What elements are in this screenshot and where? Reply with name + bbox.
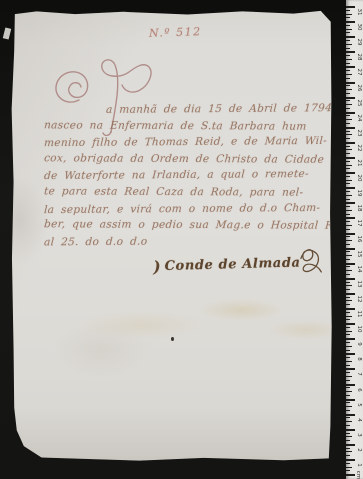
ruler-tick [346, 448, 350, 449]
ruler-tick [346, 210, 352, 211]
ruler-tick [346, 300, 352, 301]
ruler-tick [346, 319, 350, 320]
ruler-tick [346, 176, 350, 177]
ruler-tick [346, 93, 350, 94]
ruler-number: 19 [356, 189, 362, 197]
ruler-tick [346, 361, 352, 362]
ruler-tick [346, 312, 350, 313]
ruler-tick [346, 474, 355, 476]
ruler-tick [346, 32, 350, 33]
ruler-number: 24 [356, 114, 362, 122]
ruler-tick [346, 346, 352, 347]
ruler-tick [346, 165, 352, 166]
ruler-tick [346, 157, 355, 159]
paper-edge-chip [3, 27, 11, 39]
ruler-tick [346, 376, 352, 377]
ruler-tick [346, 191, 350, 192]
ruler-tick [346, 199, 350, 200]
ruler-tick [346, 440, 350, 441]
ruler-tick [346, 259, 350, 260]
ruler-tick [346, 414, 355, 416]
ruler-tick [346, 221, 350, 222]
ruler-tick [346, 183, 350, 184]
ruler-tick [346, 334, 350, 335]
ruler-tick [346, 270, 352, 271]
ruler-tick [346, 6, 355, 8]
ruler-tick [346, 78, 350, 79]
ruler-number: 6 [356, 386, 362, 394]
ruler-number: 7 [356, 370, 362, 378]
ruler-tick [346, 142, 355, 144]
ruler-tick [346, 372, 350, 373]
ruler-tick [346, 368, 355, 370]
ruler-tick [346, 63, 350, 64]
ruler-tick [346, 384, 355, 386]
ruler-number: 16 [356, 235, 362, 243]
ruler-tick [346, 266, 350, 267]
ink-dot [171, 337, 174, 341]
ruler-tick [346, 70, 350, 71]
ruler-number: 2 [356, 446, 362, 454]
ruler-tick [346, 391, 352, 392]
ruler-tick [346, 387, 350, 388]
ruler-tick [346, 97, 355, 99]
ruler-tick [346, 255, 352, 256]
ruler-tick [346, 225, 352, 226]
ruler-tick [346, 123, 350, 124]
ruler-tick [346, 85, 350, 86]
ruler-tick [346, 180, 352, 181]
ruler-number: 20 [356, 174, 362, 182]
ruler-tick [346, 40, 350, 41]
ruler-tick [346, 455, 350, 456]
ruler-tick [346, 289, 350, 290]
ruler-number: 30 [356, 23, 362, 31]
document-scan: N.º 512 a manhã de dia 15 de Abril de 17… [0, 0, 363, 479]
ruler-tick [346, 134, 352, 135]
ruler-number: 15 [356, 250, 362, 258]
ruler-tick [346, 100, 350, 101]
ruler-tick [346, 214, 350, 215]
ruler-tick [346, 331, 352, 332]
ruler-tick [346, 233, 355, 235]
ruler-number: 8 [356, 355, 362, 363]
ruler-number: 23 [356, 129, 362, 137]
ruler-number: 13 [356, 280, 362, 288]
ruler-tick [346, 297, 350, 298]
manuscript-line: te para esta Real Caza da Roda, para nel… [44, 185, 304, 199]
ruler-number: 5 [356, 401, 362, 409]
signature-prefix: ) [153, 257, 161, 276]
ruler-tick [346, 425, 350, 426]
signature: )Conde de Almada [153, 246, 331, 281]
ruler: cm 3130292827262524232221201918171615141… [346, 0, 363, 479]
manuscript-line: al 25. do d.o d.o [44, 235, 148, 249]
ruler-tick [346, 108, 350, 109]
ruler-tick [346, 14, 352, 15]
ruler-number: 25 [356, 99, 362, 107]
ruler-number: 22 [356, 144, 362, 152]
ruler-tick [346, 244, 350, 245]
ruler-tick [346, 195, 352, 196]
ruler-tick [346, 74, 352, 75]
ruler-number: 3 [356, 431, 362, 439]
ruler-tick [346, 463, 350, 464]
ruler-number: 29 [356, 38, 362, 46]
ruler-tick [346, 202, 355, 204]
ruler-tick [346, 149, 352, 150]
ruler-tick [346, 323, 355, 325]
manuscript-lines: a manhã de dia 15 de Abril de 1794nasceo… [11, 10, 332, 462]
ruler-tick [346, 417, 350, 418]
ruler-number: 14 [356, 265, 362, 273]
ruler-number: 18 [356, 204, 362, 212]
ruler-number: 10 [356, 325, 362, 333]
ruler-tick [346, 146, 350, 147]
manuscript-line: la sepultar, e virá com o nome do d.o Ch… [44, 202, 321, 217]
ruler-tick [346, 48, 350, 49]
ruler-tick [346, 153, 350, 154]
manuscript-line: de Waterforte na Irlandia, a qual o reme… [44, 168, 310, 183]
ruler-tick [346, 263, 355, 265]
ruler-tick [346, 25, 350, 26]
ruler-tick [346, 187, 355, 189]
ruler-tick [346, 119, 352, 120]
ruler-tick [346, 304, 350, 305]
ruler-tick [346, 285, 352, 286]
ruler-tick [346, 380, 350, 381]
ruler-tick [346, 350, 350, 351]
ruler-tick [346, 467, 352, 468]
ruler-number: 12 [356, 295, 362, 303]
ruler-number: 21 [356, 159, 362, 167]
ruler-number: 26 [356, 84, 362, 92]
ruler-tick [346, 115, 350, 116]
ruler-tick [346, 282, 350, 283]
ruler-tick [346, 410, 350, 411]
ruler-tick [346, 251, 350, 252]
ruler-tick [346, 66, 355, 68]
ruler-tick [346, 10, 350, 11]
ruler-number: 1 [356, 461, 362, 469]
ruler-tick [346, 338, 355, 340]
ruler-number: 17 [356, 219, 362, 227]
ruler-tick [346, 127, 355, 129]
ruler-tick [346, 327, 350, 328]
ruler-tick [346, 82, 355, 84]
ruler-tick [346, 444, 355, 446]
ruler-tick [346, 44, 352, 45]
ruler-tick [346, 365, 350, 366]
ruler-tick [346, 236, 350, 237]
ruler-tick [346, 51, 355, 53]
ruler-tick [346, 470, 350, 471]
ruler-tick [346, 395, 350, 396]
ruler-tick [346, 316, 352, 317]
ruler-tick [346, 104, 352, 105]
paper-sheet: N.º 512 a manhã de dia 15 de Abril de 17… [11, 10, 332, 462]
manuscript-line: a manhã de dia 15 de Abril de 1794 [106, 102, 333, 117]
ruler-tick [346, 36, 355, 38]
ruler-tick [346, 433, 350, 434]
ruler-tick [346, 399, 355, 401]
manuscript-line: cox, obrigada da Ordem de Christo da Cid… [44, 152, 325, 166]
ruler-number: 27 [356, 68, 362, 76]
ruler-number: 31 [356, 8, 362, 16]
ruler-tick [346, 342, 350, 343]
ruler-tick [346, 353, 355, 355]
ruler-tick [346, 217, 355, 219]
ruler-tick [346, 308, 355, 310]
ruler-tick [346, 112, 355, 114]
ruler-tick [346, 29, 352, 30]
ruler-tick [346, 206, 350, 207]
manuscript-line: menino filho de Thomas Reid, e de Maria … [44, 135, 328, 150]
ruler-tick [346, 278, 355, 280]
ruler-tick [346, 21, 355, 23]
ruler-tick [346, 229, 350, 230]
ruler-number: 28 [356, 53, 362, 61]
ruler-tick [346, 172, 355, 174]
ruler-number: 11 [356, 310, 362, 318]
manuscript-line: ber, que assim o pedio sua Mag.e o Hospi… [44, 218, 345, 233]
ruler-tick [346, 131, 350, 132]
ruler-tick [346, 89, 352, 90]
ruler-tick [346, 59, 352, 60]
ruler-tick [346, 17, 350, 18]
ruler-tick [346, 248, 355, 250]
signature-name: Conde de Almada [164, 255, 300, 274]
ruler-number: 4 [356, 416, 362, 424]
ruler-tick [346, 436, 352, 437]
ruler-tick [346, 240, 352, 241]
signature-flourish-icon [296, 246, 331, 277]
ruler-tick [346, 161, 350, 162]
ruler-tick [346, 274, 350, 275]
ruler-tick [346, 406, 352, 407]
ruler-number: 9 [356, 340, 362, 348]
ruler-tick [346, 357, 350, 358]
ruler-unit-label: cm [355, 471, 361, 479]
ruler-tick [346, 429, 355, 431]
ruler-tick [346, 138, 350, 139]
ruler-tick [346, 402, 350, 403]
ruler-tick [346, 421, 352, 422]
ruler-tick [346, 55, 350, 56]
ruler-tick [346, 293, 355, 295]
manuscript-line: nasceo na Enfermaria de S.ta Barbara hum [44, 119, 308, 133]
ruler-tick [346, 459, 355, 461]
ruler-tick [346, 451, 352, 452]
ruler-tick [346, 168, 350, 169]
